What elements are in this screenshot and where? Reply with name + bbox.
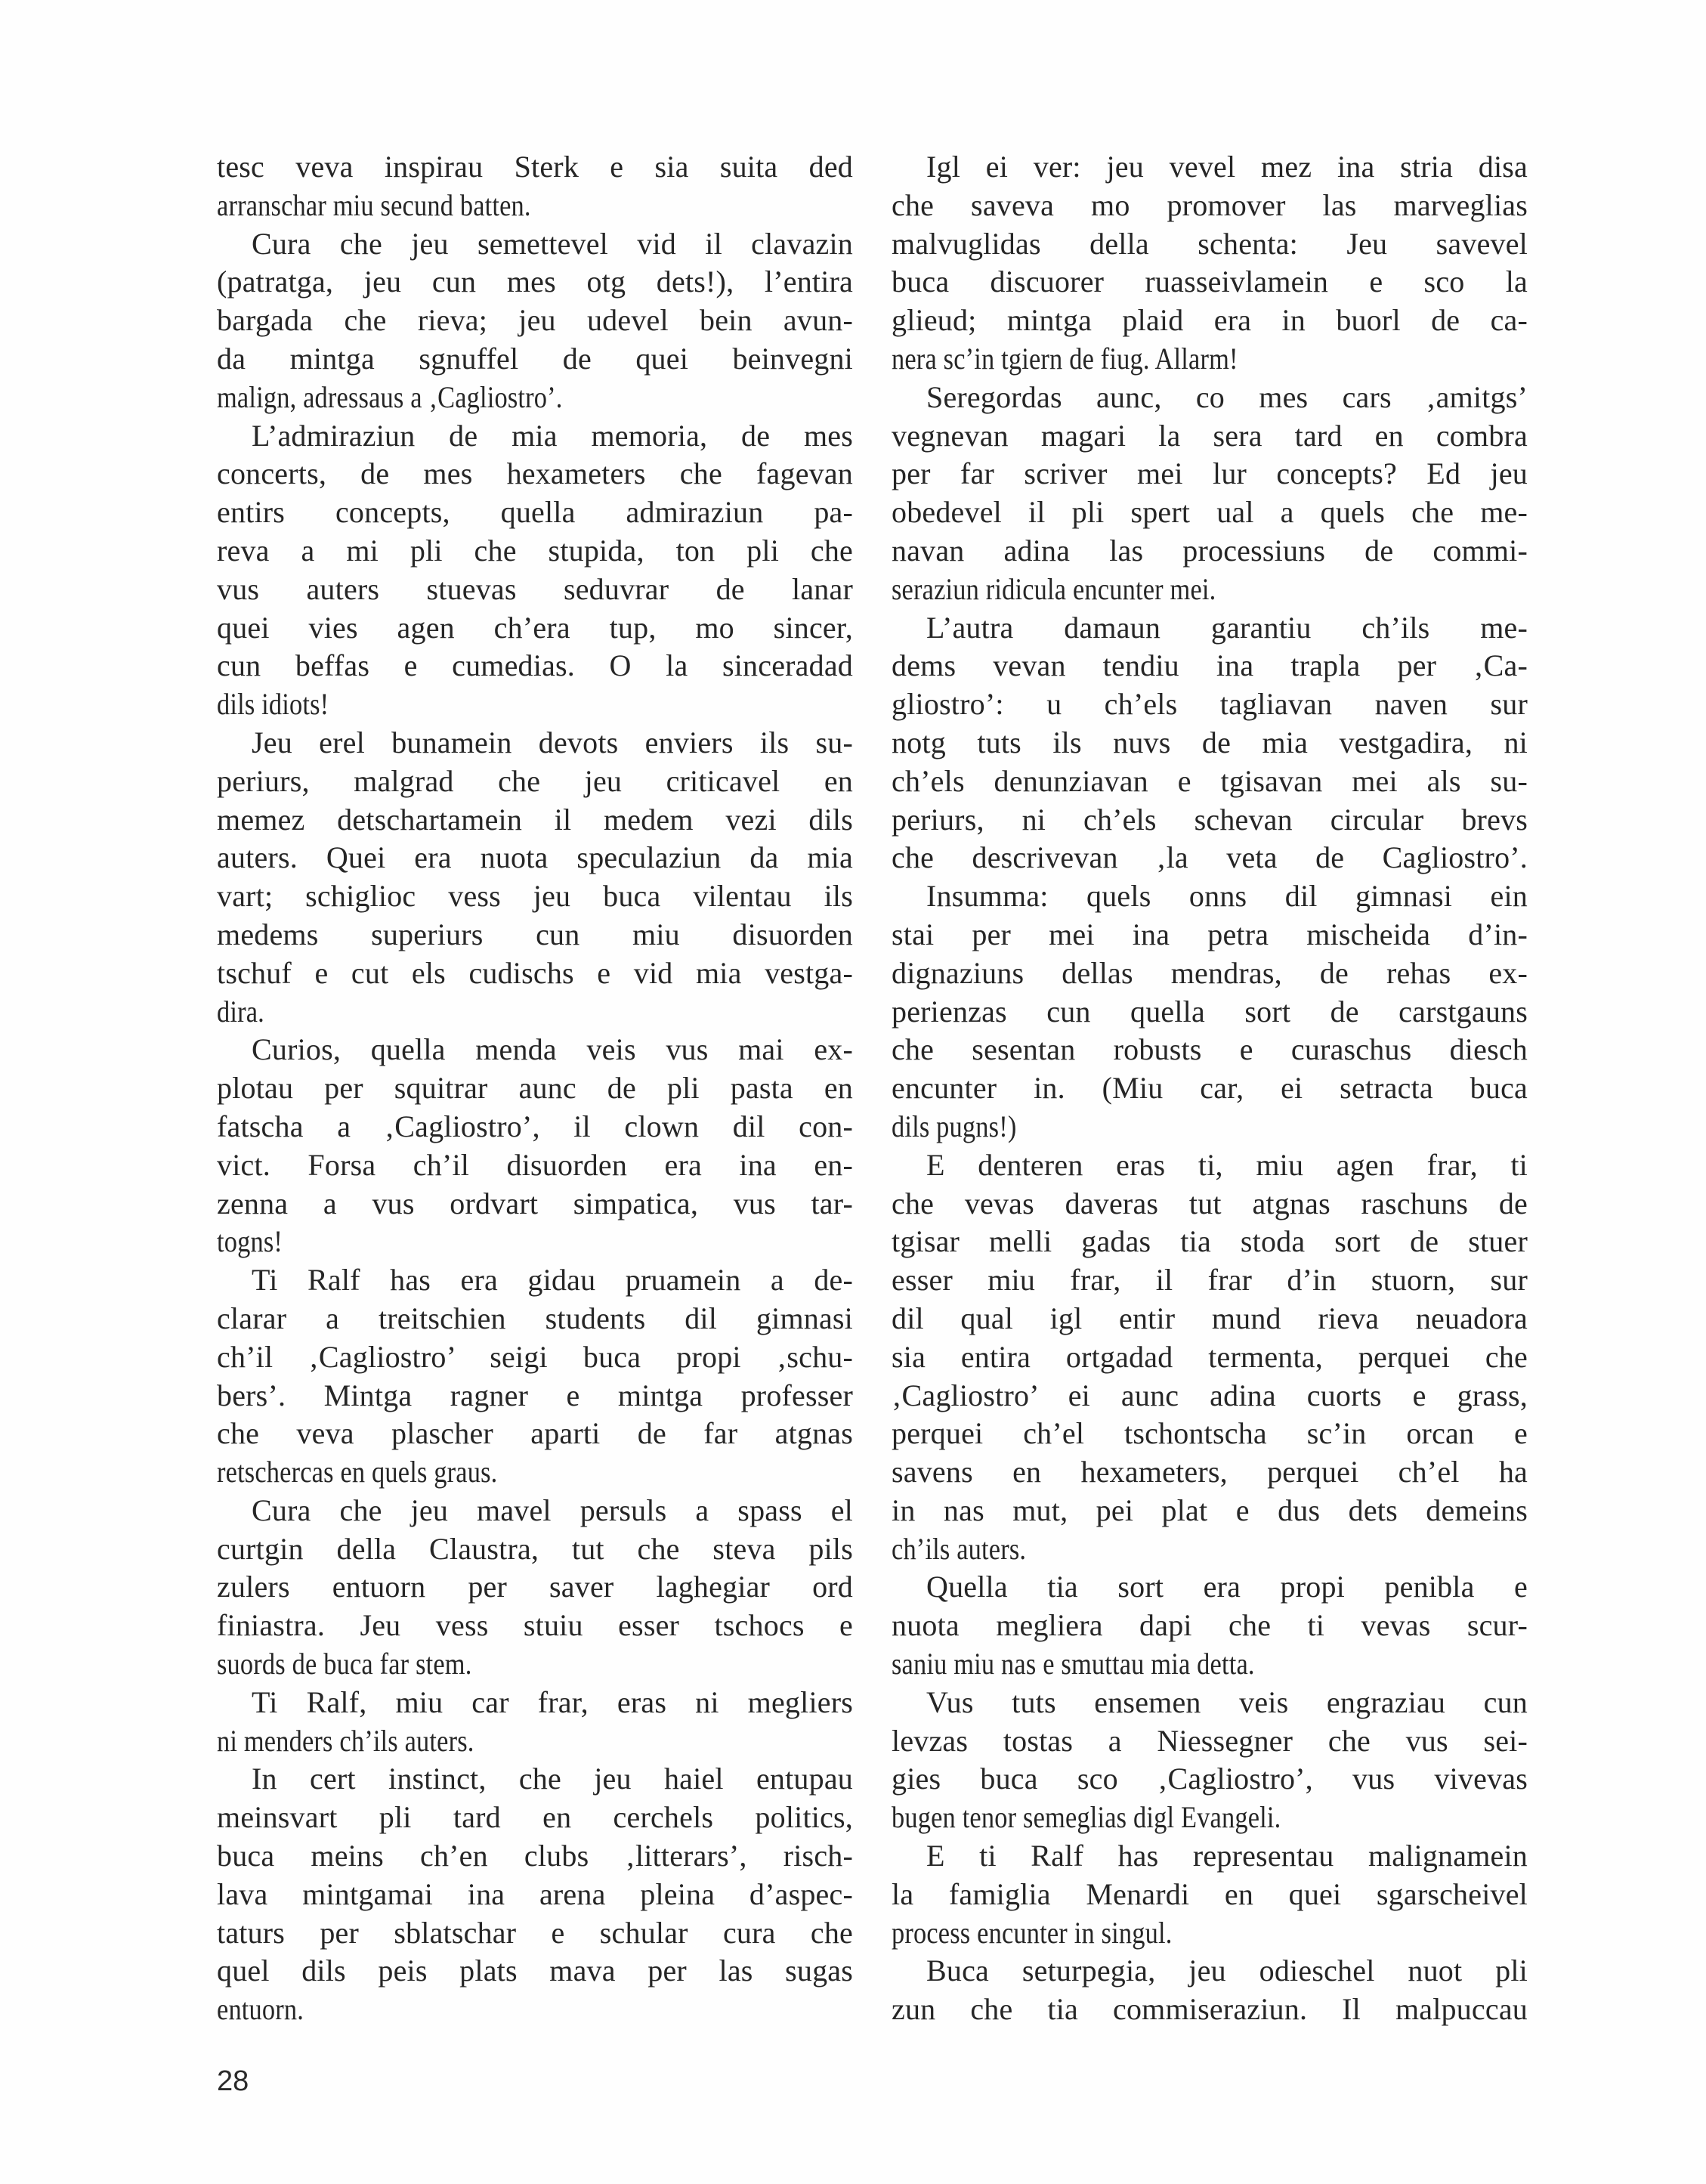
text-line: nuota megliera dapi che ti vevas scur- (892, 1607, 1528, 1645)
text-line: Jeu erel bunamein devots enviers ils su- (217, 724, 853, 763)
text-line: togns! (217, 1223, 853, 1261)
text-line: suords de buca far stem. (217, 1645, 853, 1684)
text-line: esser miu frar, il frar d’in stuorn, sur (892, 1261, 1528, 1300)
text-line: quel dils peis plats mava per las sugas (217, 1952, 853, 1991)
text-line: malvuglidas della schenta: Jeu savevel (892, 225, 1528, 264)
text-line: gies buca sco ‚Cagliostro’, vus vivevas (892, 1760, 1528, 1799)
text-line: fatscha a ‚Cagliostro’, il clown dil con… (217, 1108, 853, 1146)
text-line: lava mintgamai ina arena pleina d’aspec- (217, 1876, 853, 1914)
text-line: dems vevan tendiu ina trapla per ‚Ca- (892, 647, 1528, 685)
right-text-column: Igl ei ver: jeu vevel mez ina stria disa… (892, 148, 1528, 2029)
text-line: zulers entuorn per saver laghegiar ord (217, 1568, 853, 1607)
text-line: dignaziuns dellas mendras, de rehas ex- (892, 954, 1528, 993)
text-line: dil qual igl entir mund rieva neuadora (892, 1300, 1528, 1338)
text-line: Cura che jeu semettevel vid il clavazin (217, 225, 853, 264)
text-line: la famiglia Menardi en quei sgarscheivel (892, 1876, 1528, 1914)
text-line: Ti Ralf has era gidau pruamein a de- (217, 1261, 853, 1300)
text-line: clarar a treitschien students dil gimnas… (217, 1300, 853, 1338)
text-line: dira. (217, 993, 853, 1032)
text-line: perquei ch’el tschontscha sc’in orcan e (892, 1415, 1528, 1453)
text-line: vart; schiglioc vess jeu buca vilentau i… (217, 877, 853, 916)
text-line: taturs per sblatschar e schular cura che (217, 1914, 853, 1953)
text-line: vus auters stuevas seduvrar de lanar (217, 571, 853, 609)
text-line: che veva plascher aparti de far atgnas (217, 1415, 853, 1453)
text-line: Cura che jeu mavel persuls a spass el (217, 1492, 853, 1530)
text-line: plotau per squitrar aunc de pli pasta en (217, 1069, 853, 1108)
text-line: medems superiurs cun miu disuorden (217, 916, 853, 954)
text-line: navan adina las processiuns de commi- (892, 532, 1528, 571)
text-line: Ti Ralf, miu car frar, eras ni megliers (217, 1684, 853, 1722)
text-line: curtgin della Claustra, tut che steva pi… (217, 1530, 853, 1569)
text-line: stai per mei ina petra mischeida d’in- (892, 916, 1528, 954)
text-line: cun beffas e cumedias. O la sinceradad (217, 647, 853, 685)
text-line: malign, adressaus a ‚Cagliostro’. (217, 379, 853, 417)
text-line: Igl ei ver: jeu vevel mez ina stria disa (892, 148, 1528, 187)
text-line: in nas mut, pei plat e dus dets demeins (892, 1492, 1528, 1530)
text-line: ch’ils auters. (892, 1530, 1528, 1569)
text-line: In cert instinct, che jeu haiel entupau (217, 1760, 853, 1799)
text-line: L’autra damaun garantiu ch’ils me- (892, 609, 1528, 648)
text-line: arranschar miu secund batten. (217, 187, 853, 225)
text-line: Seregordas aunc, co mes cars ‚amitgs’ (892, 379, 1528, 417)
text-line: bugen tenor semeglias digl Evangeli. (892, 1799, 1528, 1837)
text-line: E denteren eras ti, miu agen frar, ti (892, 1146, 1528, 1185)
book-page: tesc veva inspirau Sterk e sia suita ded… (0, 0, 1706, 2184)
text-line: auters. Quei era nuota speculaziun da mi… (217, 839, 853, 877)
text-line: quei vies agen ch’era tup, mo sincer, (217, 609, 853, 648)
text-line: zun che tia commiseraziun. Il malpuccau (892, 1991, 1528, 2029)
text-line: tschuf e cut els cudischs e vid mia vest… (217, 954, 853, 993)
text-line: vegnevan magari la sera tard en combra (892, 417, 1528, 456)
text-line: notg tuts ils nuvs de mia vestgadira, ni (892, 724, 1528, 763)
text-line: encunter in. (Miu car, ei setracta buca (892, 1069, 1528, 1108)
text-line: Insumma: quels onns dil gimnasi ein (892, 877, 1528, 916)
text-line: finiastra. Jeu vess stuiu esser tschocs … (217, 1607, 853, 1645)
text-line: Quella tia sort era propi penibla e (892, 1568, 1528, 1607)
text-line: periurs, ni ch’els schevan circular brev… (892, 801, 1528, 840)
text-line: periurs, malgrad che jeu criticavel en (217, 763, 853, 801)
text-line: process encunter in singul. (892, 1914, 1528, 1953)
text-line: tesc veva inspirau Sterk e sia suita ded (217, 148, 853, 187)
left-text-column: tesc veva inspirau Sterk e sia suita ded… (217, 148, 853, 2029)
text-line: sia entira ortgadad termenta, perquei ch… (892, 1338, 1528, 1377)
text-line: concerts, de mes hexameters che fagevan (217, 455, 853, 493)
text-line: bargada che rieva; jeu udevel bein avun- (217, 302, 853, 340)
text-line: dils idiots! (217, 685, 853, 724)
text-line: Buca seturpegia, jeu odieschel nuot pli (892, 1952, 1528, 1991)
text-line: entirs concepts, quella admiraziun pa- (217, 493, 853, 532)
text-line: savens en hexameters, perquei ch’el ha (892, 1453, 1528, 1492)
text-line: seraziun ridicula encunter mei. (892, 571, 1528, 609)
text-line: entuorn. (217, 1991, 853, 2029)
text-line: che saveva mo promover las marveglias (892, 187, 1528, 225)
text-line: ‚Cagliostro’ ei aunc adina cuorts e gras… (892, 1377, 1528, 1415)
text-line: glieud; mintga plaid era in buorl de ca- (892, 302, 1528, 340)
text-line: meinsvart pli tard en cerchels politics, (217, 1799, 853, 1837)
text-line: reva a mi pli che stupida, ton pli che (217, 532, 853, 571)
text-line: dils pugns!) (892, 1108, 1528, 1146)
text-line: vict. Forsa ch’il disuorden era ina en- (217, 1146, 853, 1185)
text-line: zenna a vus ordvart simpatica, vus tar- (217, 1185, 853, 1223)
text-line: buca meins ch’en clubs ‚litterars’, risc… (217, 1837, 853, 1876)
text-line: ch’il ‚Cagliostro’ seigi buca propi ‚sch… (217, 1338, 853, 1377)
text-line: memez detschartamein il medem vezi dils (217, 801, 853, 840)
text-line: ni menders ch’ils auters. (217, 1722, 853, 1761)
text-line: L’admiraziun de mia memoria, de mes (217, 417, 853, 456)
text-line: buca discuorer ruasseivlamein e sco la (892, 263, 1528, 302)
text-line: saniu miu nas e smuttau mia detta. (892, 1645, 1528, 1684)
page-number: 28 (217, 2065, 249, 2098)
text-line: che vevas daveras tut atgnas raschuns de (892, 1185, 1528, 1223)
text-line: che descrivevan ‚la veta de Cagliostro’. (892, 839, 1528, 877)
text-line: che sesentan robusts e curaschus diesch (892, 1031, 1528, 1069)
text-line: bers’. Mintga ragner e mintga professer (217, 1377, 853, 1415)
text-line: retschercas en quels graus. (217, 1453, 853, 1492)
text-line: Vus tuts ensemen veis engraziau cun (892, 1684, 1528, 1722)
text-line: gliostro’: u ch’els tagliavan naven sur (892, 685, 1528, 724)
text-line: Curios, quella menda veis vus mai ex- (217, 1031, 853, 1069)
text-line: E ti Ralf has representau malignamein (892, 1837, 1528, 1876)
text-line: tgisar melli gadas tia stoda sort de stu… (892, 1223, 1528, 1261)
text-line: (patratga, jeu cun mes otg dets!), l’ent… (217, 263, 853, 302)
text-line: obedevel il pli spert ual a quels che me… (892, 493, 1528, 532)
text-line: da mintga sgnuffel de quei beinvegni (217, 340, 853, 379)
text-line: per far scriver mei lur concepts? Ed jeu (892, 455, 1528, 493)
text-line: nera sc’in tgiern de fiug. Allarm! (892, 340, 1528, 379)
text-line: perienzas cun quella sort de carstgauns (892, 993, 1528, 1032)
text-line: ch’els denunziavan e tgisavan mei als su… (892, 763, 1528, 801)
text-line: levzas tostas a Niessegner che vus sei- (892, 1722, 1528, 1761)
